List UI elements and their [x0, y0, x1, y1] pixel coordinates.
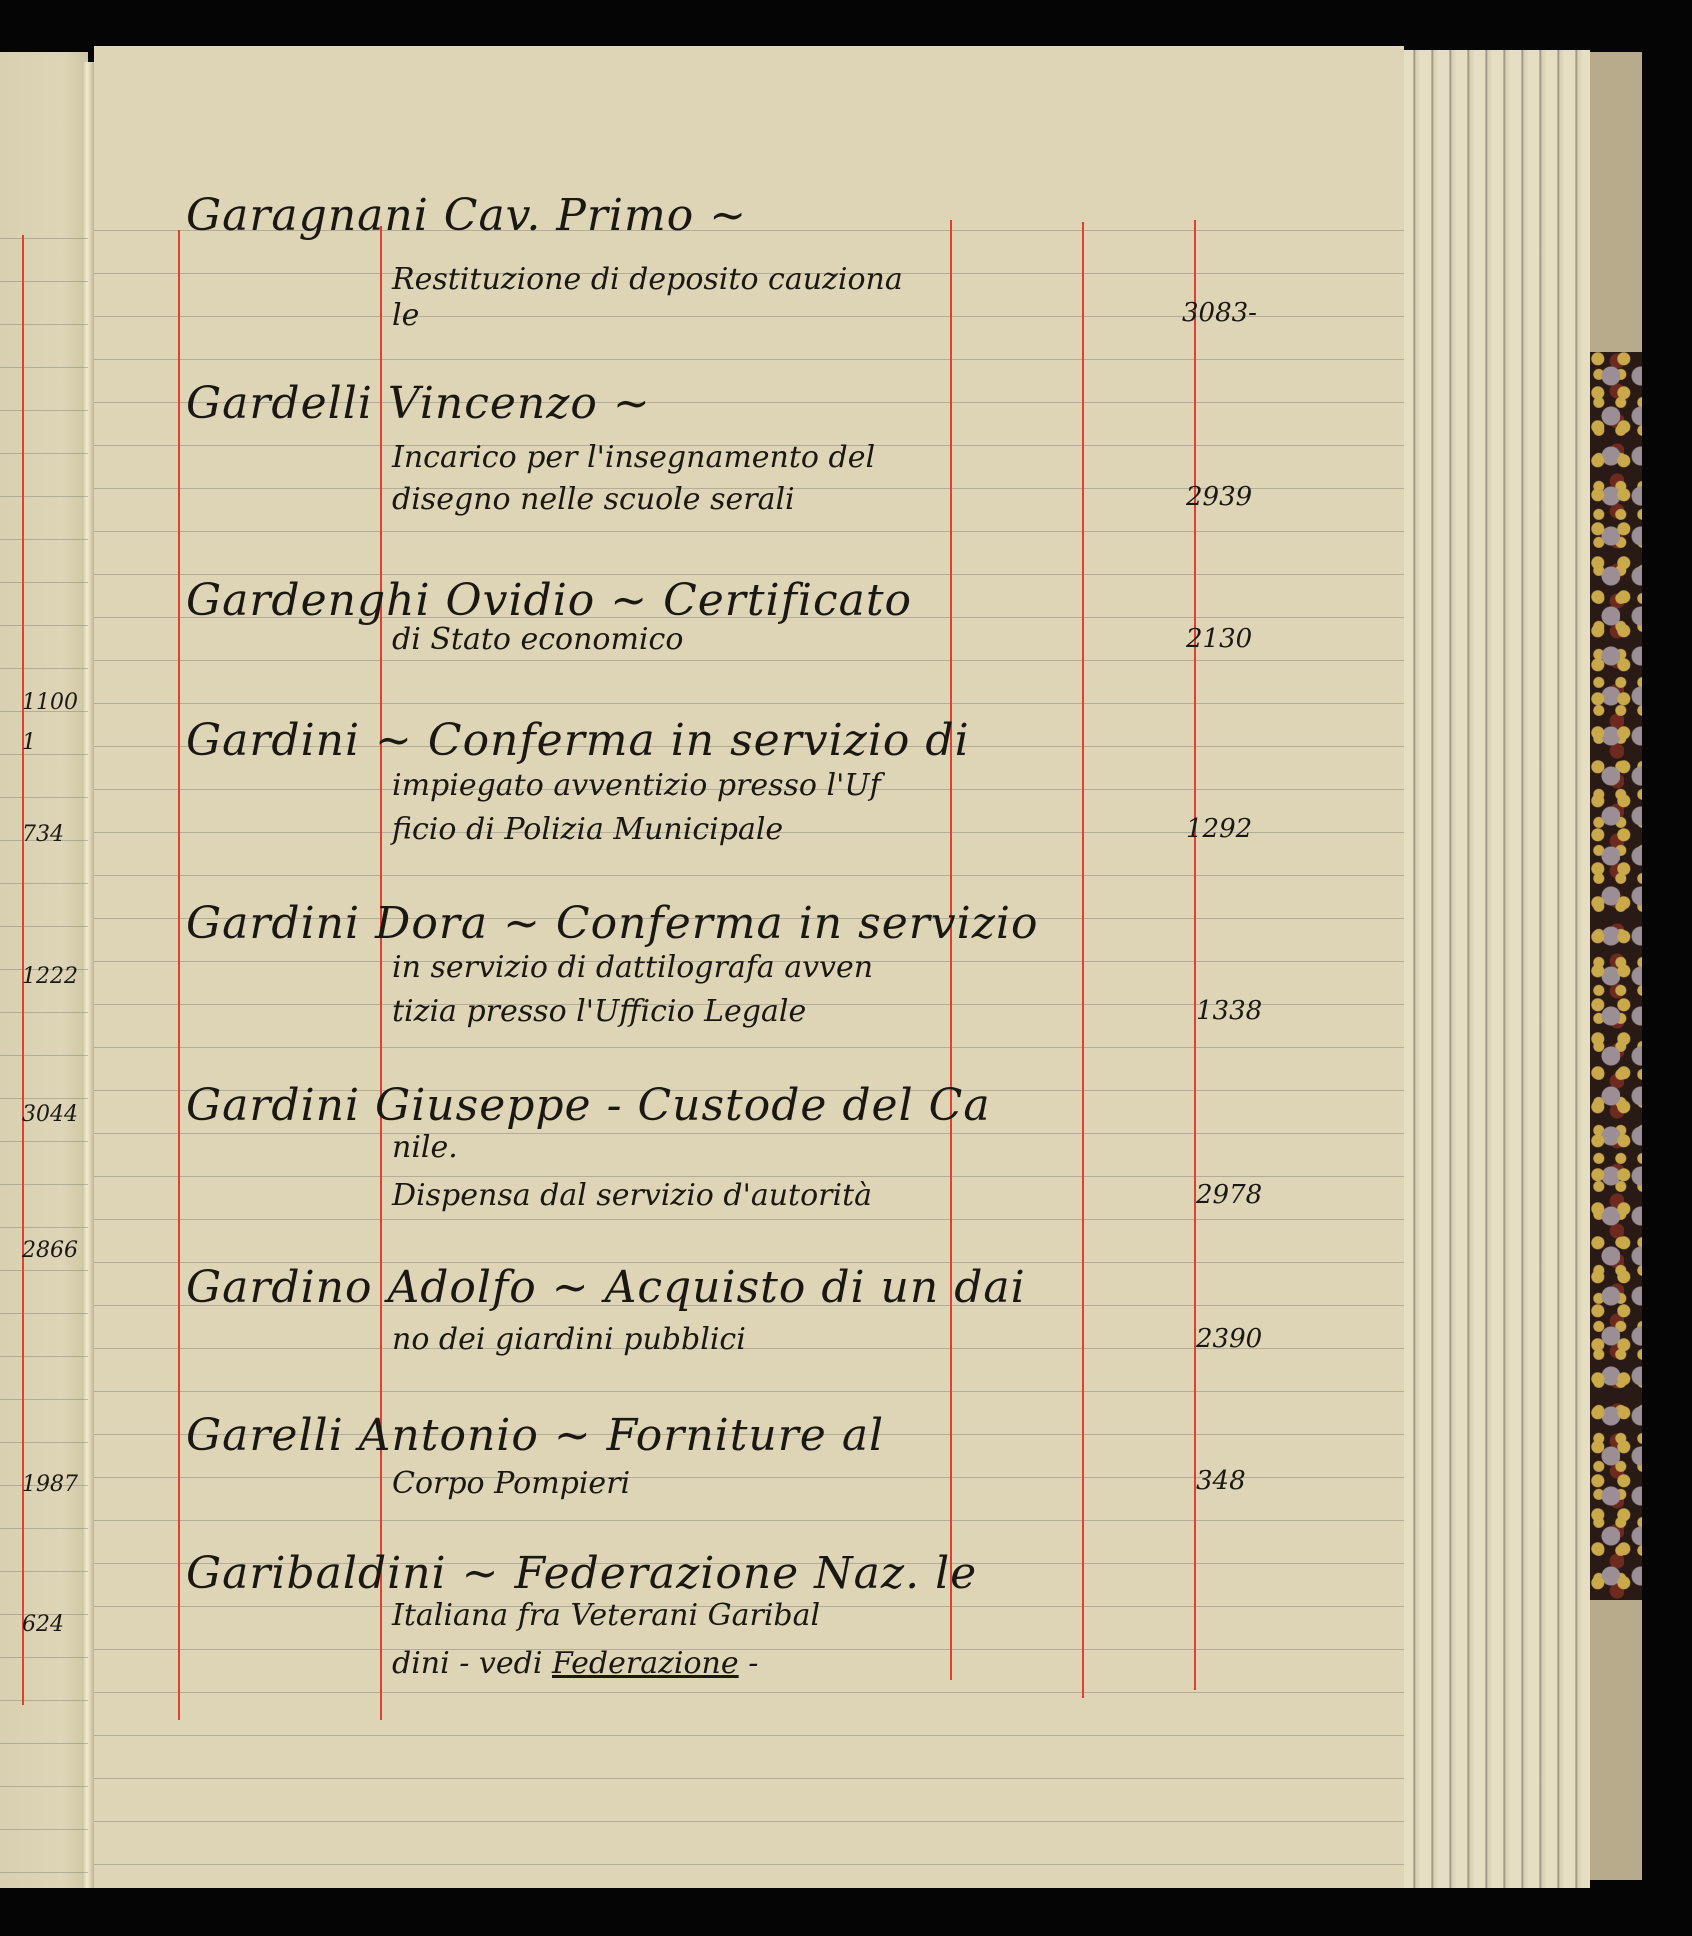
- ruled-line: [94, 660, 1404, 661]
- ruled-line: [94, 1219, 1404, 1220]
- ruled-line: [0, 1055, 88, 1056]
- entry-number: 1338: [1196, 996, 1262, 1026]
- ruled-line: [94, 1735, 1404, 1736]
- ruled-line: [0, 453, 88, 454]
- ruled-line: [94, 875, 1404, 876]
- marbled-cover: [1590, 352, 1642, 1600]
- ruled-line: [0, 1399, 88, 1400]
- ruled-line: [94, 1520, 1404, 1521]
- ruled-line: [0, 668, 88, 669]
- ruled-line: [0, 1313, 88, 1314]
- ruled-line: [0, 539, 88, 540]
- red-rule-3: [950, 220, 952, 1680]
- ruled-line: [0, 1012, 88, 1013]
- ruled-line: [0, 1700, 88, 1701]
- entry-name: Gardini Dora ~ Conferma in servizio: [186, 898, 1038, 949]
- margin-number: 734: [22, 822, 64, 847]
- margin-number: 3044: [22, 1102, 78, 1127]
- ruled-line: [0, 797, 88, 798]
- entry-number: 2978: [1196, 1180, 1262, 1210]
- ruled-line: [0, 582, 88, 583]
- ruled-line: [94, 1133, 1404, 1134]
- entry-description: Incarico per l'insegnamento del: [392, 440, 875, 475]
- entry-name: Garibaldini ~ Federazione Naz. le: [186, 1548, 977, 1599]
- entry-description: di Stato economico: [392, 622, 683, 657]
- ruled-line: [94, 1692, 1404, 1693]
- red-rule-4: [1082, 222, 1084, 1698]
- ruled-line: [0, 1829, 88, 1830]
- entry-name: Gardino Adolfo ~ Acquisto di un dai: [186, 1262, 1026, 1313]
- entry-name: Garagnani Cav. Primo ~: [186, 190, 747, 241]
- entry-number: 3083-: [1182, 298, 1257, 328]
- entry-description: nile.: [392, 1130, 458, 1165]
- entry-description: ficio di Polizia Municipale: [392, 812, 783, 847]
- ruled-line: [0, 1184, 88, 1185]
- entry-description: le: [392, 298, 419, 333]
- ruled-line: [94, 703, 1404, 704]
- entry-name: Gardenghi Ovidio ~ Certificato: [186, 575, 912, 626]
- entry-name: Gardini Giuseppe - Custode del Ca: [186, 1080, 991, 1131]
- ruled-line: [0, 281, 88, 282]
- ruled-line: [0, 1528, 88, 1529]
- ruled-line: [0, 1270, 88, 1271]
- red-rule-2: [380, 226, 382, 1720]
- entry-number: 348: [1196, 1466, 1246, 1496]
- ruled-line: [0, 410, 88, 411]
- margin-number: 624: [22, 1612, 64, 1637]
- entry-description: tizia presso l'Ufficio Legale: [392, 994, 806, 1029]
- entry-description: Dispensa dal servizio d'autorità: [392, 1178, 872, 1213]
- margin-number: 1100: [22, 690, 78, 715]
- ruled-line: [0, 625, 88, 626]
- ruled-line: [0, 1356, 88, 1357]
- entry-number: 2390: [1196, 1324, 1262, 1354]
- entry-description: in servizio di dattilografa avven: [392, 950, 873, 985]
- entry-number: 2130: [1186, 624, 1252, 654]
- cross-reference-link: Federazione: [552, 1646, 739, 1681]
- entry-description: impiegato avventizio presso l'Uf: [392, 768, 881, 803]
- ruled-line: [0, 367, 88, 368]
- ruled-line: [0, 1872, 88, 1873]
- entry-description: Corpo Pompieri: [392, 1466, 630, 1501]
- ruled-line: [0, 238, 88, 239]
- entry-name: Gardelli Vincenzo ~: [186, 378, 651, 429]
- ruled-line: [0, 754, 88, 755]
- ruled-line: [0, 1141, 88, 1142]
- entry-description: Restituzione di deposito cauziona: [392, 262, 903, 297]
- ruled-line: [0, 1786, 88, 1787]
- ruled-line: [94, 1391, 1404, 1392]
- ruled-line: [0, 1442, 88, 1443]
- ruled-line: [0, 324, 88, 325]
- red-rule-1: [178, 230, 180, 1720]
- ruled-line: [94, 1864, 1404, 1865]
- entry-name: Garelli Antonio ~ Forniture al: [186, 1410, 884, 1461]
- ruled-line: [94, 1176, 1404, 1177]
- entry-description-text: dini - vedi: [392, 1646, 542, 1681]
- ruled-line: [94, 1821, 1404, 1822]
- ruled-line: [0, 1657, 88, 1658]
- entry-description: no dei giardini pubblici: [392, 1322, 746, 1357]
- ruled-line: [0, 1098, 88, 1099]
- page-stack-edge: [1404, 50, 1590, 1888]
- entry-description: dini - vedi Federazione -: [392, 1646, 758, 1681]
- margin-number: 1987: [22, 1472, 78, 1497]
- entry-number: 1292: [1186, 814, 1252, 844]
- entry-description-dash: -: [748, 1646, 758, 1681]
- ruled-line: [94, 1047, 1404, 1048]
- entry-description: Italiana fra Veterani Garibal: [392, 1598, 820, 1633]
- ruled-line: [0, 1743, 88, 1744]
- entry-description: disegno nelle scuole serali: [392, 482, 795, 517]
- ruled-line: [0, 1571, 88, 1572]
- entry-number: 2939: [1186, 482, 1252, 512]
- ruled-line: [0, 926, 88, 927]
- ruled-line: [0, 1227, 88, 1228]
- ruled-line: [94, 1778, 1404, 1779]
- ruled-line: [0, 883, 88, 884]
- margin-number: 1: [22, 730, 36, 755]
- ruled-line: [94, 359, 1404, 360]
- ruled-line: [0, 496, 88, 497]
- margin-number: 1222: [22, 964, 78, 989]
- entry-name: Gardini ~ Conferma in servizio di: [186, 715, 970, 766]
- margin-number: 2866: [22, 1238, 78, 1263]
- ruled-line: [94, 531, 1404, 532]
